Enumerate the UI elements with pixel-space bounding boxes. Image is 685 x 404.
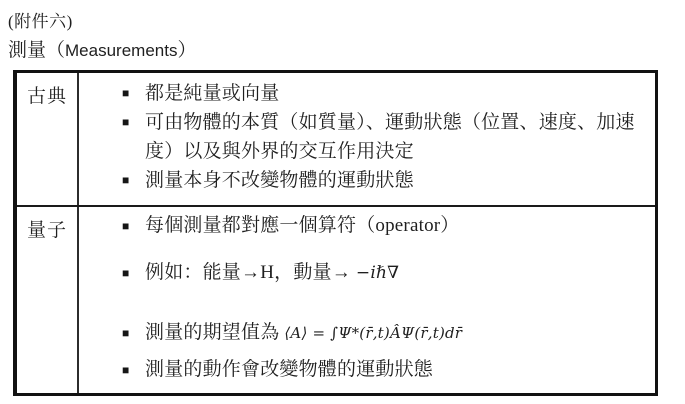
list-item: ■ 例如：能量→H，動量→ −iℏ∇ bbox=[79, 260, 652, 286]
list-item: ■ 測量的動作會改變物體的運動狀態 bbox=[79, 357, 652, 383]
row-label-quantum: 量子 bbox=[17, 207, 79, 393]
bullet-text: 測量本身不改變物體的運動狀態 bbox=[145, 166, 652, 195]
list-item: ■ 都是純量或向量 bbox=[79, 79, 652, 108]
list-item: ■ 可由物體的本質（如質量）、運動狀態（位置、速度、加速度）以及與外界的交互作用… bbox=[79, 108, 652, 166]
bullet-text: 每個測量都對應一個算符（operator） bbox=[145, 213, 652, 239]
table-row-quantum: 量子 ■ 每個測量都對應一個算符（operator） ■ 例如：能量→H，動量→… bbox=[17, 205, 655, 393]
bullet-text-main: 測量的動作會改變物體的運動狀態 bbox=[145, 359, 433, 380]
bullet-text: 都是純量或向量 bbox=[145, 79, 652, 108]
bullet-text: 測量的期望值為 ⟨A⟩ = ∫Ψ*(r̄,t)ÂΨ(r̄,t)dr̄ bbox=[145, 320, 652, 346]
page-title-zh: 測量（ bbox=[8, 40, 65, 61]
bullet-text-main: 例如：能量→H，動量→ bbox=[145, 262, 356, 283]
bullet-square-icon: ■ bbox=[122, 320, 145, 346]
bullet-text: 可由物體的本質（如質量）、運動狀態（位置、速度、加速度）以及與外界的交互作用決定 bbox=[145, 108, 652, 166]
row-label-classical: 古典 bbox=[17, 73, 79, 205]
page-title-close: ） bbox=[177, 40, 196, 61]
bullet-square-icon: ■ bbox=[122, 166, 145, 195]
document-page: (附件六) 測量（Measurements） 古典 ■ 都是純量或向量 ■ 可由… bbox=[0, 0, 685, 396]
table-row-classical: 古典 ■ 都是純量或向量 ■ 可由物體的本質（如質量）、運動狀態（位置、速度、加… bbox=[17, 73, 655, 205]
bullet-text-main: 測量的期望值為 bbox=[145, 322, 284, 343]
quantum-row-content: ■ 每個測量都對應一個算符（operator） ■ 例如：能量→H，動量→ −i… bbox=[79, 207, 658, 393]
bullet-square-icon: ■ bbox=[122, 260, 145, 286]
list-item: ■ 每個測量都對應一個算符（operator） bbox=[79, 213, 652, 239]
page-title-en: Measurements bbox=[65, 41, 177, 60]
bullet-square-icon: ■ bbox=[122, 79, 145, 108]
bullet-square-icon: ■ bbox=[122, 108, 145, 137]
bullet-square-icon: ■ bbox=[122, 213, 145, 239]
bullet-text-main: 每個測量都對應一個算符（operator） bbox=[145, 215, 460, 236]
classical-row-content: ■ 都是純量或向量 ■ 可由物體的本質（如質量）、運動狀態（位置、速度、加速度）… bbox=[79, 73, 658, 205]
momentum-operator-formula: −iℏ∇ bbox=[356, 263, 399, 283]
attachment-annotation: (附件六) bbox=[8, 10, 685, 34]
bullet-square-icon: ■ bbox=[122, 357, 145, 383]
expectation-value-formula: ⟨A⟩ = ∫Ψ*(r̄,t)ÂΨ(r̄,t)dr̄ bbox=[284, 324, 462, 342]
list-item: ■ 測量的期望值為 ⟨A⟩ = ∫Ψ*(r̄,t)ÂΨ(r̄,t)dr̄ bbox=[79, 320, 652, 346]
bullet-text: 例如：能量→H，動量→ −iℏ∇ bbox=[145, 260, 652, 286]
bullet-text: 測量的動作會改變物體的運動狀態 bbox=[145, 357, 652, 383]
measurement-comparison-table: 古典 ■ 都是純量或向量 ■ 可由物體的本質（如質量）、運動狀態（位置、速度、加… bbox=[13, 70, 658, 396]
list-item: ■ 測量本身不改變物體的運動狀態 bbox=[79, 166, 652, 195]
page-title: 測量（Measurements） bbox=[8, 37, 685, 65]
